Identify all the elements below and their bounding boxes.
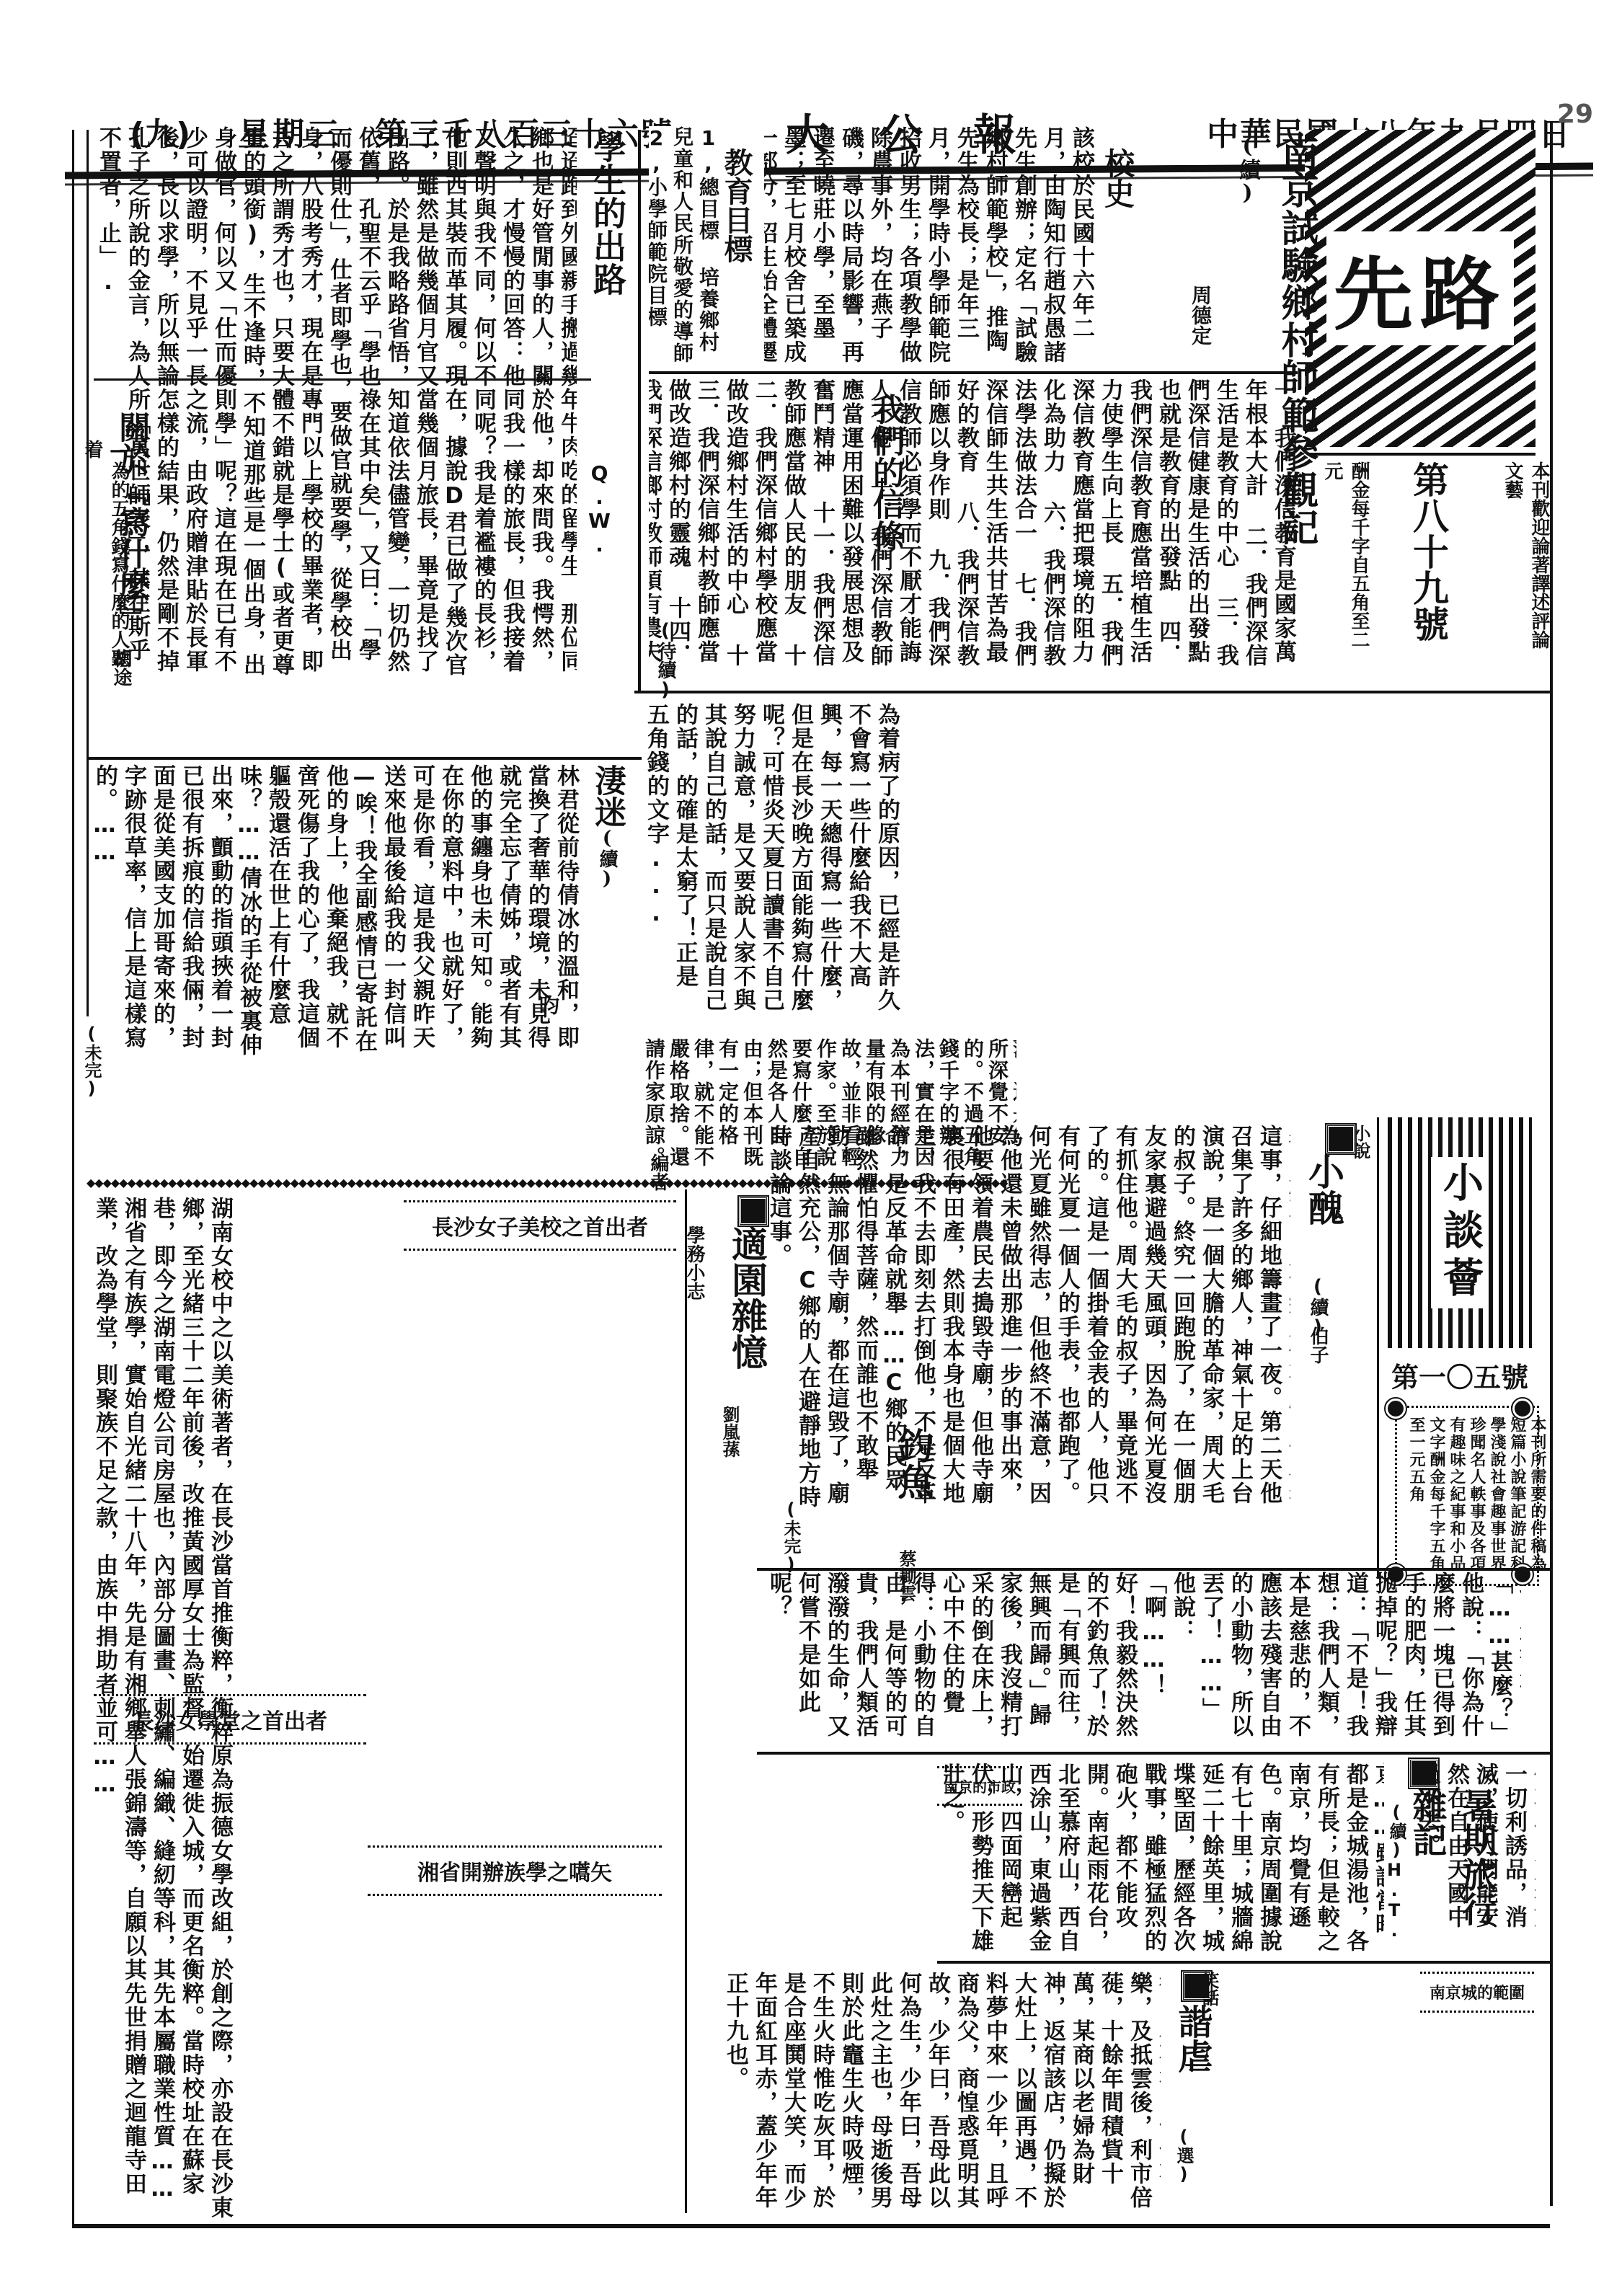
small-talk-art: 小談薈 bbox=[1388, 1117, 1532, 1348]
student-path-author: Q.W. bbox=[588, 461, 611, 557]
fishing-title: 釣魚 bbox=[887, 1427, 939, 1543]
bottom-rule bbox=[72, 2224, 1550, 2228]
right-border bbox=[1550, 123, 1553, 2206]
shiyuan-author: 劉嵐蓀 bbox=[717, 1406, 743, 1458]
title-text: 淒迷 bbox=[589, 764, 626, 828]
melancholy-end-note: (未完) bbox=[79, 1024, 105, 1099]
divider bbox=[1308, 453, 1535, 456]
column-rule bbox=[87, 130, 89, 1016]
continued-mark: (續) bbox=[596, 828, 618, 890]
call-for-papers: 本刊歡迎論著譯述評論文藝 bbox=[1499, 461, 1553, 663]
section-body: 1,總目標 培養鄉村兒童和人民所敬愛的導師 2,小學師範院目標 甲．培養科學的頭… bbox=[649, 126, 721, 364]
clown-title: 小醜 bbox=[1298, 1153, 1350, 1262]
section-heading: 教育目標 bbox=[716, 148, 757, 263]
box-marker-icon bbox=[739, 1197, 768, 1225]
article-body: 淡園先生說過：「多歧亡羊」，其原文我不大省記，大意是歧路之中又有歧路焉，所以把變… bbox=[94, 126, 577, 681]
column-rule bbox=[1377, 1117, 1379, 1579]
section-heading: 校史 bbox=[1096, 148, 1139, 208]
small-talk-notice: 本刊所需要的件稿為短篇小說筆記游記科學淺說社會趣事世界珍聞名人軼事及各項有趣味之… bbox=[1395, 1406, 1539, 1586]
to-be-continued: (待續) bbox=[652, 620, 679, 701]
subhead-city-extent: 南京城的範圍 bbox=[1420, 1972, 1534, 2013]
jokes-title: 諧虐 bbox=[1168, 2004, 1218, 2119]
divider bbox=[87, 757, 642, 760]
article-body: 湖南女校中之以美術著者，在長沙當首推衡粹，衡粹原為振德女學改組，於創之際，亦設在… bbox=[90, 1197, 234, 2220]
jokes-continued: (選) bbox=[1171, 2127, 1197, 2184]
clown-body: 這時何光夏正在徵求殺人的同意。許多鄉民已經無法子無情地把他的手腕舉了起來，又怕鄉… bbox=[764, 1125, 1290, 1514]
jokes-body: 某君善謔，一日赴友人宴，座中一少年請說笑話，此少年固染鴉片癮病者，某君乃曰，某商… bbox=[721, 1972, 1161, 2209]
article-body: 這時何光夏正在徵求殺人的同意。許多鄉民已經無法子無情地把他的手腕舉了起來，又怕鄉… bbox=[764, 1125, 1290, 1514]
what-to-write-body: 為着病了的原因，已經是許久不會寫一些什麼給我不大高興，每一天總得寫一些什麼，但是… bbox=[642, 703, 1543, 1013]
what-to-write-author: 胡途 bbox=[108, 649, 135, 686]
article-body: 為着病了的原因，已經是許久不會寫一些什麼給我不大高興，每一天總得寫一些什麼，但是… bbox=[642, 703, 901, 1013]
left-border bbox=[72, 130, 74, 2228]
section-body: 一．我們深信教育是國家萬年根本大計 二．我們深信生活是教育的中心 三．我們深信健… bbox=[656, 378, 1298, 681]
divider bbox=[649, 371, 1298, 374]
student-path-body: 淡園先生說過：「多歧亡羊」，其原文我不大省記，大意是歧路之中又有歧路焉，所以把變… bbox=[94, 126, 577, 681]
column-rule bbox=[638, 130, 641, 692]
article-body: 倩冰 男子本是些見異思遷的怪物，感情，斬丁決鐵地揮斷了吧！為了寡情薄義的他，而急… bbox=[90, 764, 580, 1067]
article-body: 在一塊青草萋萋的地上，並肩坐着的我和同學溫君！我們坐上，高高興興的釣魚，流水淙淙… bbox=[764, 1572, 1521, 1745]
page-mark: 29 bbox=[1557, 99, 1593, 129]
clown-author: 伯子 bbox=[1305, 1326, 1331, 1364]
corner-dot-icon bbox=[1386, 1399, 1406, 1419]
creed-block: 我們的信條 一．我們深信教育是國家萬年根本大計 二．我們深信生活是教育的中心 三… bbox=[649, 378, 1298, 681]
paragraph-text: 我希望萬惡的環境改變萬惡的人們革心，更希望一切利誘品，消滅，使人們能安然在自由天… bbox=[1413, 1763, 1535, 1943]
feature-issue-label: 第八十九號 bbox=[1402, 461, 1454, 663]
trip-continued: (續) bbox=[1384, 1802, 1409, 1860]
column-rule bbox=[685, 1189, 687, 2213]
trip-author: H.T. bbox=[1384, 1860, 1404, 1941]
xianlu-woodcut-art: 先路 bbox=[1305, 130, 1535, 447]
clown-end-note: (未完) bbox=[779, 1499, 804, 1574]
payment-note: 酬金每千字自五角至二元 bbox=[1319, 461, 1373, 663]
trip-body: 這可憐的牲口每日在眼罩下執着皮鞭，負着重担，毫無止境的向前奔驗；這班馬的寄生虫—… bbox=[937, 1763, 1384, 1957]
corner-dot-icon bbox=[1512, 1399, 1533, 1419]
article-body: 某君善謔，一日赴友人宴，座中一少年請說笑話，此少年固染鴉片癮病者，某君乃曰，某商… bbox=[721, 1972, 1161, 2209]
fishing-body: 在一塊青草萋萋的地上，並肩坐着的我和同學溫君！我們坐上，高高興興的釣魚，流水淙淙… bbox=[764, 1572, 1521, 1745]
divider bbox=[634, 691, 1550, 693]
divider bbox=[94, 378, 591, 381]
divider bbox=[757, 1568, 1550, 1571]
jokes-tag: 笑話 bbox=[1197, 1972, 1222, 2006]
shiyuan-body: 湖南女校中之以美術著者，在長沙當首推衡粹，衡粹原為振德女學改組，於創之際，亦設在… bbox=[90, 1197, 674, 2220]
melancholy-body: 倩冰 男子本是些見異思遷的怪物，感情，斬丁決鐵地揮斷了吧！為了寡情薄義的他，而急… bbox=[90, 764, 580, 1067]
small-talk-title: 小談薈 bbox=[1431, 1157, 1489, 1308]
article-body: 這可憐的牲口每日在眼罩下執着皮鞭，負着重担，毫無止境的向前奔驗；這班馬的寄生虫—… bbox=[937, 1763, 1384, 1957]
shiyuan-title: 適園雜憶 bbox=[721, 1225, 773, 1399]
student-path-title: 學生的出路 bbox=[584, 130, 631, 389]
divider bbox=[757, 1752, 1550, 1755]
small-talk-issue: 第一〇五號 bbox=[1384, 1355, 1535, 1395]
education-goals-block: 教育目標 1,總目標 培養鄉村兒童和人民所敬愛的導師 2,小學師範院目標 甲．培… bbox=[649, 126, 764, 364]
nanjing-visit-author: 周德定 bbox=[1186, 285, 1215, 345]
spirit-paragraph: 我希望萬惡的環境改變萬惡的人們革心，更希望一切利誘品，消滅，使人們能安然在自由天… bbox=[1413, 1763, 1535, 1943]
continued-mark: (續) bbox=[1235, 133, 1260, 205]
divider bbox=[937, 1961, 1550, 1964]
notice-text: 本刊所需要的件稿為短篇小說筆記游記科學淺說社會趣事世界珍聞名人軼事及各項有趣味之… bbox=[1406, 1417, 1547, 1575]
box-marker-icon bbox=[1326, 1125, 1355, 1153]
melancholy-title: 淒迷(續) bbox=[584, 764, 630, 923]
xianlu-title: 先路 bbox=[1326, 231, 1514, 345]
